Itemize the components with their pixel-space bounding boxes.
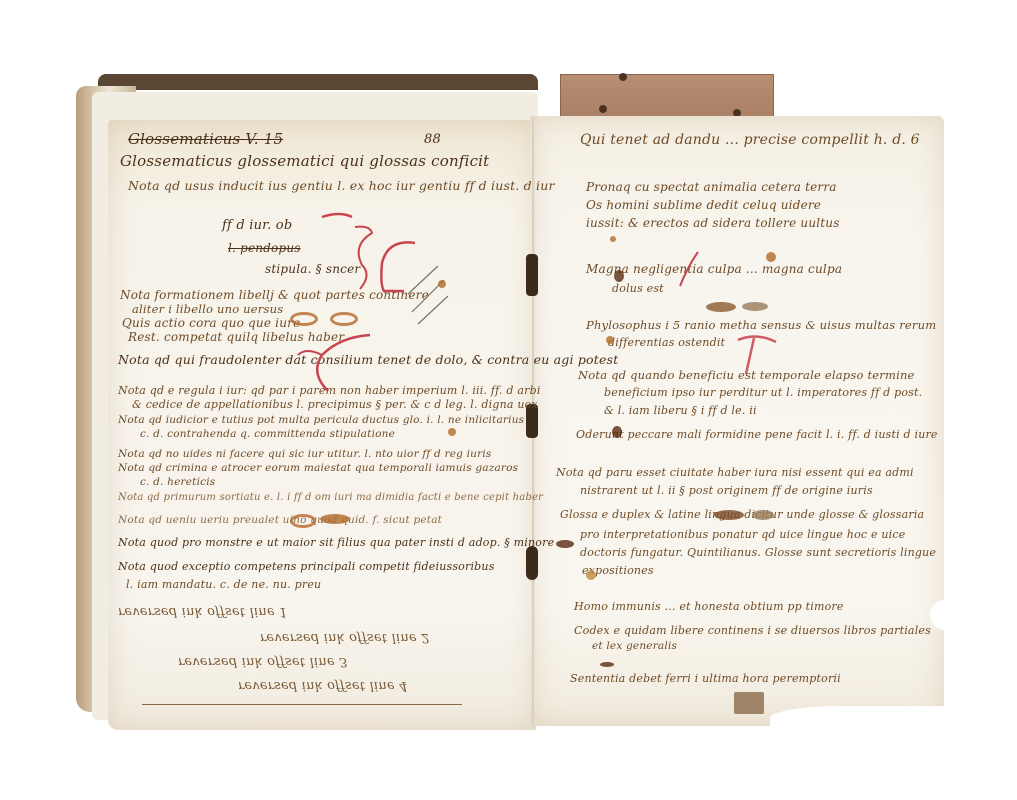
text-line: doctoris fungatur. Quintilianus. Glosse …	[580, 546, 936, 559]
torn-edge	[770, 706, 950, 736]
manuscript-photo: Glossematicus V. 15 88 Glossematicus glo…	[0, 0, 1017, 800]
header-text: Glossematicus V. 15	[128, 130, 283, 148]
text-line: Homo immunis ... et honesta obtium pp ti…	[574, 600, 844, 613]
text-line: c. d. hereticis	[140, 476, 215, 488]
text-line: Glossematicus glossematici qui glossas c…	[120, 152, 489, 170]
text-line: nistrarent ut l. ii § post originem ff d…	[580, 484, 873, 497]
ink-stain	[448, 428, 456, 436]
ink-stain	[742, 302, 768, 311]
text-line: Oderunt peccare mali formidine pene faci…	[576, 428, 938, 441]
text-line: & l. iam liberu § i ff d le. ii	[604, 404, 757, 417]
text-line: Nota qd no uides ni facere qui sic iur u…	[118, 448, 492, 460]
torn-edge	[930, 600, 960, 630]
ink-stain	[600, 662, 614, 667]
text-line: Codex e quidam libere continens i se diu…	[574, 624, 931, 637]
mirrored-text-line: reversed ink offset line 1	[118, 604, 288, 619]
ink-stain	[320, 514, 350, 524]
nail-hole	[599, 105, 607, 113]
rule-line	[142, 704, 462, 705]
mirrored-text-line: reversed ink offset line 2	[260, 630, 430, 645]
text-line: Nota qd crimina e atrocer eorum maiestat…	[118, 462, 518, 474]
ink-stain	[714, 510, 744, 520]
text-line: aliter i libello uno uersus	[132, 302, 283, 316]
pencil-marks	[378, 262, 458, 342]
binding-hole	[526, 546, 538, 580]
text-line: c. d. contrahenda q. committenda stipula…	[140, 428, 395, 440]
text-line: Nota qd primurum sortiatu e. l. i ff d o…	[118, 492, 543, 503]
mirrored-text-line: reversed ink offset line 3	[178, 654, 348, 669]
ink-stain	[556, 540, 574, 548]
text-line: et lex generalis	[592, 640, 677, 652]
text-line: Nota quod pro monstre e ut maior sit fil…	[118, 536, 554, 549]
text-line: dolus est	[612, 282, 664, 295]
binding-hole	[526, 254, 538, 296]
ink-stain	[606, 336, 614, 344]
red-ink-mark	[676, 250, 706, 290]
text-line: Nota qd iudicior e tutius pot multa peri…	[118, 414, 524, 426]
text-line: Os homini sublime dedit celuq uidere	[586, 198, 821, 212]
text-line: Sententia debet ferri i ultima hora pere…	[570, 672, 841, 685]
ink-stain	[438, 280, 446, 288]
ink-stain	[752, 510, 774, 520]
header-text: Qui tenet ad dandu ... precise compellit…	[580, 132, 920, 148]
ink-stain	[290, 312, 318, 326]
torn-patch	[734, 692, 764, 714]
ink-stain	[610, 236, 616, 242]
ink-stain	[706, 302, 736, 312]
text-line: Nota qd ueniu ueriu preualet uino quod q…	[118, 514, 442, 526]
text-line: iussit: & erectos ad sidera tollere uult…	[586, 216, 840, 230]
text-line: ff d iur. ob	[222, 218, 292, 233]
text-line: differentias ostendit	[608, 336, 725, 349]
ink-stain	[290, 514, 316, 528]
red-ink-mark	[736, 330, 786, 380]
text-line: l. iam mandatu. c. de ne. nu. preu	[126, 578, 321, 591]
text-line: l. pendopus	[228, 241, 301, 255]
text-line: Pronaq cu spectat animalia cetera terra	[586, 180, 837, 194]
text-line: Quis actio cora quo que iure	[122, 316, 300, 330]
ink-stain	[586, 570, 596, 580]
ink-stain	[612, 426, 622, 438]
text-line: & cedice de appellationibus l. precipimu…	[132, 398, 538, 411]
ink-stain	[330, 312, 358, 326]
ink-stain	[614, 270, 624, 282]
folio-number: 88	[424, 132, 441, 147]
text-line: Nota quod exceptio competens principali …	[118, 560, 495, 573]
mirrored-text-line: reversed ink offset line 4	[238, 678, 408, 693]
text-line: pro interpretationibus ponatur qd uice l…	[580, 528, 905, 541]
text-line: Nota qd paru esset ciuitate haber iura n…	[556, 466, 914, 479]
text-line: Nota qd usus inducit ius gentiu l. ex ho…	[128, 178, 555, 193]
binding-top-edge	[98, 74, 538, 90]
ink-stain	[766, 252, 776, 262]
nail-hole	[619, 73, 627, 81]
text-line: beneficium ipso iur perditur ut l. imper…	[604, 386, 922, 399]
text-line: Magna negligentia culpa ... magna culpa	[586, 262, 842, 276]
